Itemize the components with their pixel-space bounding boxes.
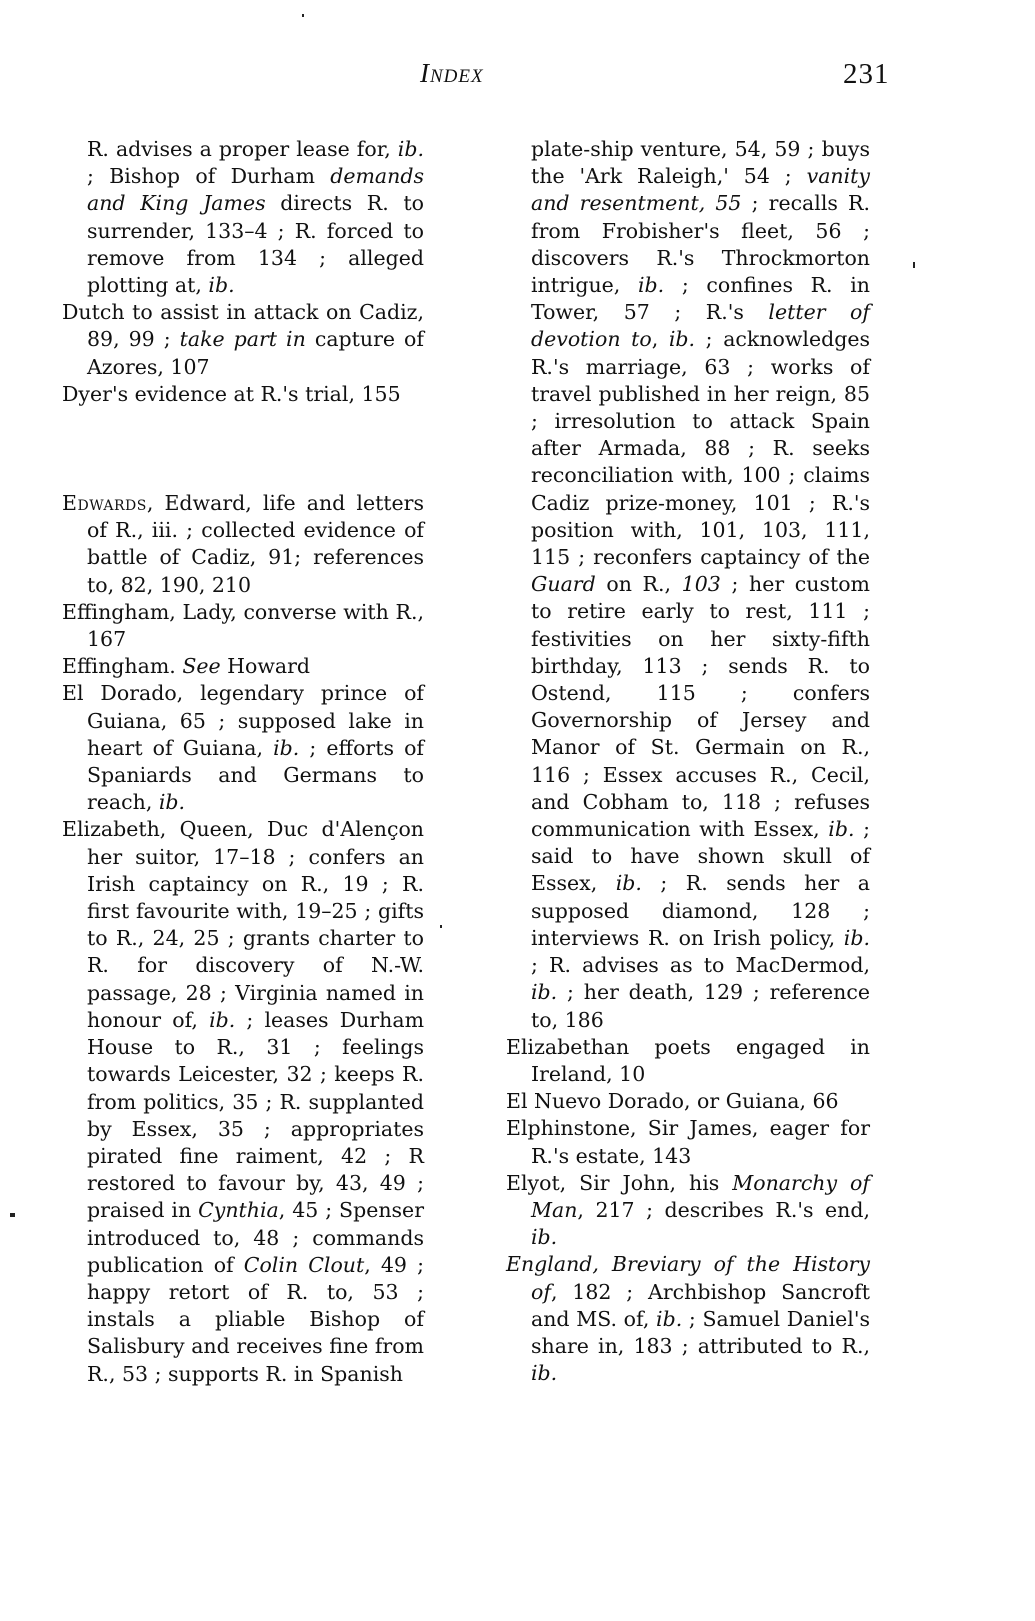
entry-text: Elyot, Sir John, his [506, 1171, 732, 1195]
book-page: Index 231 R. advises a proper lease for,… [0, 0, 1035, 1621]
page-number: 231 [843, 58, 890, 91]
entry-text: ; R. advises as to MacDermod, [531, 953, 870, 977]
entry-text: Edwards [62, 491, 147, 515]
index-entry: Effingham. See Howard [62, 653, 424, 680]
index-column-left: R. advises a proper lease for, ib. ; Bis… [62, 136, 424, 1388]
index-entry: El Dorado, legendary prince of Guiana, 6… [62, 680, 424, 816]
index-entry: Elizabeth, Queen, Duc d'Alençon her suit… [62, 816, 424, 1387]
index-column-right: plate-ship venture, 54, 59 ; buys the 'A… [506, 136, 870, 1387]
index-entry: El Nuevo Dorado, or Guiana, 66 [506, 1088, 870, 1115]
italic-text: Cynthia [198, 1198, 279, 1222]
entry-text: Howard [221, 654, 310, 678]
scan-speck [440, 925, 442, 928]
index-entry: R. advises a proper lease for, ib. ; Bis… [62, 136, 424, 299]
entry-text: ; acknowledges R.'s marriage, 63 ; works… [531, 327, 870, 569]
italic-text: ib. [209, 1008, 235, 1032]
entry-text: ; Bishop of Durham [87, 164, 330, 188]
index-entry: Dutch to assist in attack on Cadiz, 89, … [62, 299, 424, 381]
index-entry: Elizabethan poets engaged in Ireland, 10 [506, 1034, 870, 1088]
index-entry: Effingham, Lady, converse with R., 167 [62, 599, 424, 653]
italic-text: ib. [638, 273, 664, 297]
italic-text: ib. [398, 137, 424, 161]
entry-text: Elizabethan poets engaged in Ireland, 10 [506, 1035, 870, 1086]
scan-speck [302, 14, 304, 17]
entry-text: Effingham. [62, 654, 182, 678]
index-entry: plate-ship venture, 54, 59 ; buys the 'A… [506, 136, 870, 1034]
italic-text: 103 [682, 572, 721, 596]
running-head: Index 231 [0, 58, 1035, 98]
index-entry: Edwards, Edward, life and letters of R.,… [62, 490, 424, 599]
entry-text: Dyer's evidence at R.'s trial, 155 [62, 382, 401, 406]
italic-text: ib. [273, 736, 299, 760]
italic-text: ib. [656, 1307, 682, 1331]
italic-text: Colin Clout [244, 1253, 364, 1277]
entry-text: Effingham, Lady, converse with R., 167 [62, 600, 424, 651]
entry-text: on R., [596, 572, 682, 596]
scan-speck [10, 1213, 15, 1217]
entry-text: Elizabeth, Queen, Duc d'Alençon her suit… [62, 817, 424, 1031]
italic-text: See [182, 654, 220, 678]
entry-text: ; her custom to retire early to rest, 11… [531, 572, 870, 841]
italic-text: ib. [531, 980, 557, 1004]
section-gap [62, 408, 424, 490]
italic-text: ib. [208, 273, 234, 297]
index-entry: Elphinstone, Sir James, eager for R.'s e… [506, 1115, 870, 1169]
index-entry: Dyer's evidence at R.'s trial, 155 [62, 381, 424, 408]
running-title: Index [420, 58, 484, 89]
italic-text: ib. [531, 1225, 557, 1249]
entry-text: Elphinstone, Sir James, eager for R.'s e… [506, 1116, 870, 1167]
scan-speck [913, 262, 915, 268]
italic-text: Guard [531, 572, 596, 596]
italic-text: ib. [828, 817, 854, 841]
italic-text: ib. [531, 1361, 557, 1385]
index-entry: Elyot, Sir John, his Monarchy of Man, 21… [506, 1170, 870, 1252]
entry-text: ; her death, 129 ; reference to, 186 [531, 980, 870, 1031]
entry-text: , [652, 327, 669, 351]
entry-text: El Nuevo Dorado, or Guiana, 66 [506, 1089, 839, 1113]
italic-text: ib. [669, 327, 695, 351]
italic-text: take part in [180, 327, 306, 351]
index-entry: England, Breviary of the History of, 182… [506, 1251, 870, 1387]
entry-text: , 217 ; describes R.'s end, [577, 1198, 870, 1222]
entry-text: ; leases Durham House to R., 31 ; feelin… [87, 1008, 424, 1222]
italic-text: ib. [616, 871, 642, 895]
entry-text: R. advises a proper lease for, [87, 137, 398, 161]
italic-text: ib. [159, 790, 185, 814]
italic-text: ib. [844, 926, 870, 950]
